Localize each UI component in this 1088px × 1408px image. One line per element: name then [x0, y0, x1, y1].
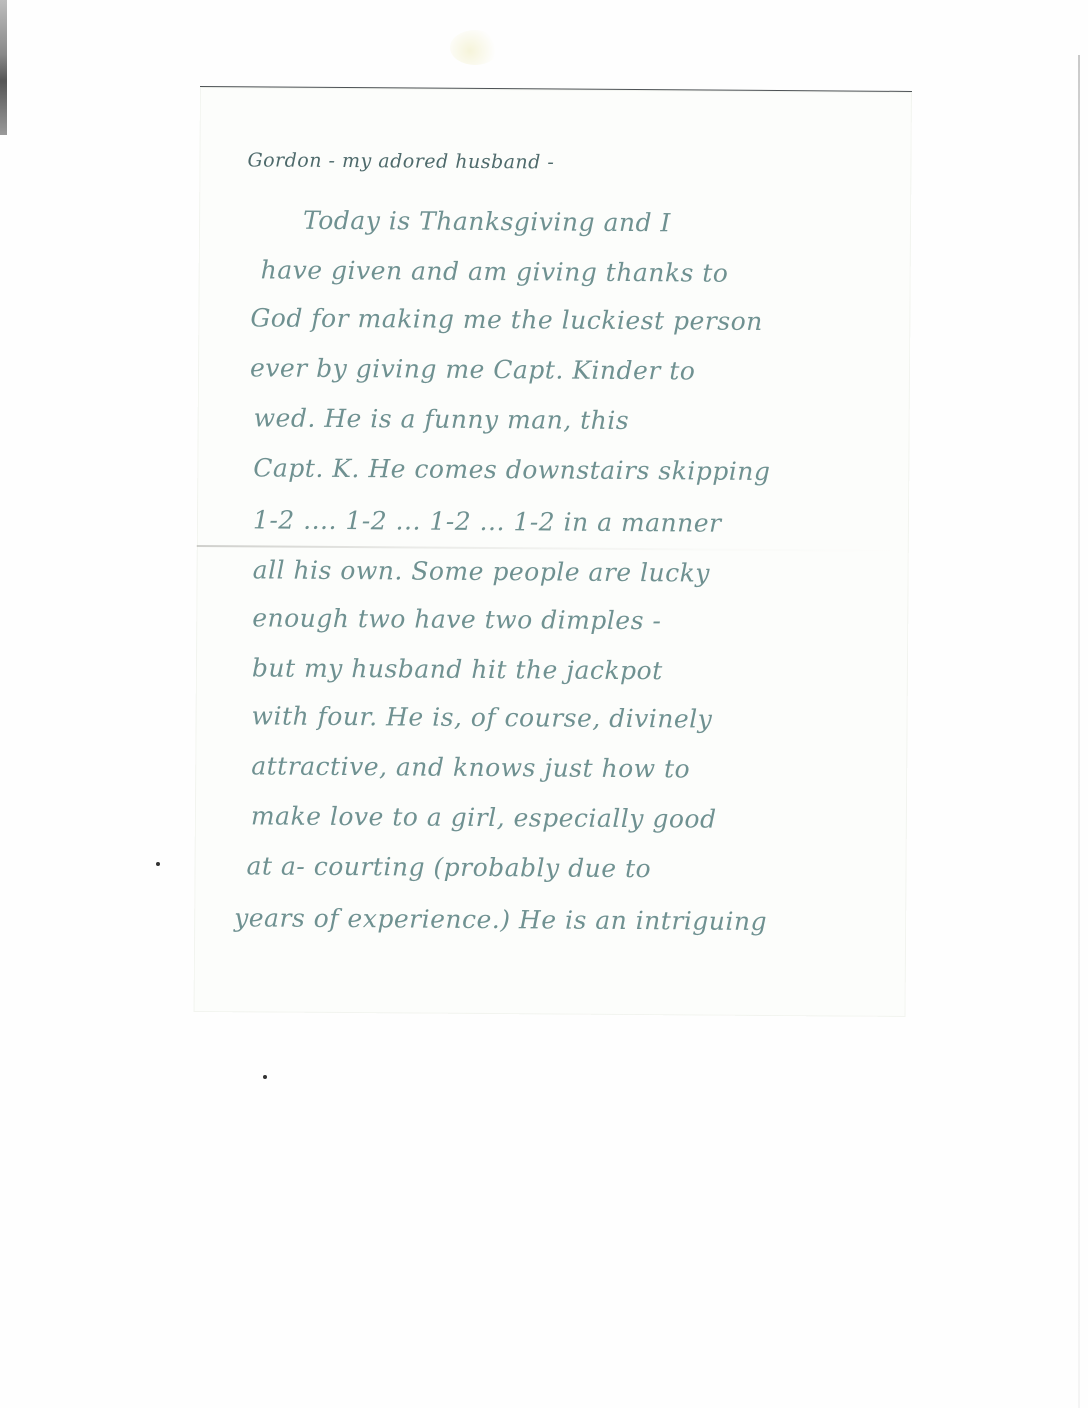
letter-line: Today is Thanksgiving and I	[303, 206, 671, 238]
letter-line: make love to a girl, especially good	[251, 801, 717, 833]
letter-page: Gordon - my adored husband - Today is Th…	[194, 86, 912, 1017]
letter-salutation: Gordon - my adored husband -	[247, 149, 554, 173]
scan-speck	[263, 1075, 267, 1079]
letter-line: with four. He is, of course, divinely	[252, 701, 713, 733]
letter-line: at a- courting (probably due to	[246, 851, 651, 883]
letter-line: years of experience.) He is an intriguin…	[234, 903, 767, 936]
letter-line: all his own. Some people are lucky	[253, 555, 711, 587]
letter-line: Capt. K. He comes downstairs skipping	[253, 453, 770, 486]
letter-line: have given and am giving thanks to	[261, 255, 729, 287]
scan-smudge	[450, 30, 500, 65]
letter-line: enough two have two dimples -	[252, 603, 661, 635]
scanner-edge-left	[0, 0, 7, 135]
letter-line: ever by giving me Capt. Kinder to	[250, 353, 696, 385]
scanner-edge-right	[1078, 55, 1080, 1408]
letter-line: attractive, and knows just how to	[251, 751, 690, 783]
letter-line: 1-2 .... 1-2 ... 1-2 ... 1-2 in a manner	[253, 505, 722, 537]
letter-line: God for making me the luckiest person	[250, 303, 763, 336]
letter-line: but my husband hit the jackpot	[252, 653, 663, 685]
letter-line: wed. He is a funny man, this	[254, 403, 630, 435]
paper-fold-line	[197, 545, 909, 552]
scan-speck	[156, 862, 160, 866]
